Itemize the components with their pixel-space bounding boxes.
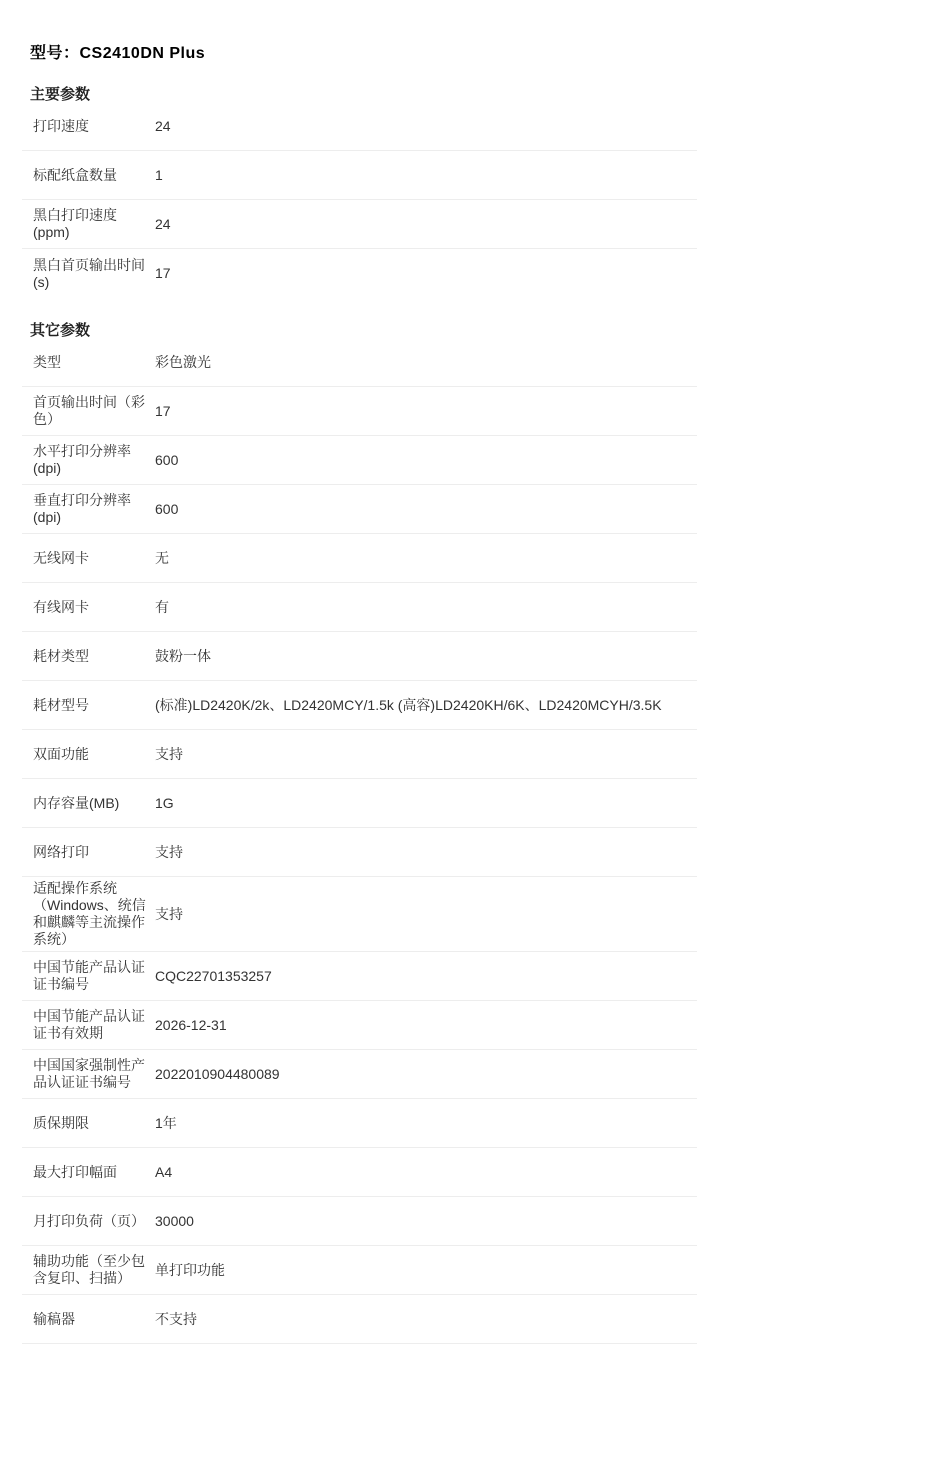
spec-label: 月打印负荷（页） (33, 1213, 155, 1230)
spec-row: 双面功能支持 (22, 730, 697, 779)
spec-value: 有 (155, 599, 686, 616)
spec-value: 支持 (155, 746, 686, 763)
spec-label: 类型 (33, 354, 155, 371)
spec-label: 黑白首页输出时间(s) (33, 257, 155, 291)
spec-row: 有线网卡有 (22, 583, 697, 632)
spec-row: 黑白打印速度(ppm)24 (22, 200, 697, 249)
spec-label: 中国国家强制性产品认证证书编号 (33, 1057, 155, 1091)
spec-row: 输稿器不支持 (22, 1295, 697, 1344)
spec-row: 首页输出时间（彩色）17 (22, 387, 697, 436)
spec-value: 17 (155, 403, 686, 420)
spec-sections: 主要参数打印速度24标配纸盒数量1黑白打印速度(ppm)24黑白首页输出时间(s… (22, 88, 940, 1344)
spec-row: 耗材型号(标准)LD2420K/2k、LD2420MCY/1.5k (高容)LD… (22, 681, 697, 730)
spec-row: 无线网卡无 (22, 534, 697, 583)
spec-value: 24 (155, 216, 686, 233)
spec-label: 垂直打印分辨率(dpi) (33, 492, 155, 526)
spec-value: 支持 (155, 844, 686, 861)
spec-value: 不支持 (155, 1311, 686, 1328)
spec-row: 适配操作系统（Windows、统信和麒麟等主流操作系统）支持 (22, 877, 697, 952)
spec-value: 1 (155, 167, 686, 184)
spec-row: 内存容量(MB)1G (22, 779, 697, 828)
spec-row: 中国国家强制性产品认证证书编号2022010904480089 (22, 1050, 697, 1099)
spec-value: 无 (155, 550, 686, 567)
spec-value: 单打印功能 (155, 1262, 686, 1279)
spec-row: 标配纸盒数量1 (22, 151, 697, 200)
spec-value: 2022010904480089 (155, 1066, 686, 1083)
spec-row: 耗材类型鼓粉一体 (22, 632, 697, 681)
section-heading: 其它参数 (30, 324, 940, 338)
spec-label: 耗材型号 (33, 697, 155, 714)
spec-label: 打印速度 (33, 118, 155, 135)
spec-label: 辅助功能（至少包含复印、扫描） (33, 1253, 155, 1287)
spec-label: 首页输出时间（彩色） (33, 394, 155, 428)
spec-value: A4 (155, 1164, 686, 1181)
spec-row: 网络打印支持 (22, 828, 697, 877)
spec-row: 黑白首页输出时间(s)17 (22, 249, 697, 298)
spec-value: 彩色激光 (155, 354, 686, 371)
spec-label: 有线网卡 (33, 599, 155, 616)
spec-value: CQC22701353257 (155, 968, 686, 985)
spec-section: 其它参数类型彩色激光首页输出时间（彩色）17水平打印分辨率(dpi)600垂直打… (22, 324, 940, 1344)
spec-row: 打印速度24 (22, 102, 697, 151)
spec-row: 质保期限1年 (22, 1099, 697, 1148)
spec-value: (标准)LD2420K/2k、LD2420MCY/1.5k (高容)LD2420… (155, 697, 686, 714)
spec-value: 1年 (155, 1115, 686, 1132)
spec-label: 水平打印分辨率(dpi) (33, 443, 155, 477)
spec-label: 中国节能产品认证证书编号 (33, 959, 155, 993)
spec-table: 打印速度24标配纸盒数量1黑白打印速度(ppm)24黑白首页输出时间(s)17 (22, 102, 697, 298)
spec-table: 类型彩色激光首页输出时间（彩色）17水平打印分辨率(dpi)600垂直打印分辨率… (22, 338, 697, 1344)
product-spec-page: 型号：CS2410DN Plus 主要参数打印速度24标配纸盒数量1黑白打印速度… (0, 0, 940, 1344)
spec-value: 1G (155, 795, 686, 812)
spec-row: 中国节能产品认证证书编号CQC22701353257 (22, 952, 697, 1001)
spec-label: 适配操作系统（Windows、统信和麒麟等主流操作系统） (33, 880, 155, 948)
spec-label: 质保期限 (33, 1115, 155, 1132)
spec-label: 最大打印幅面 (33, 1164, 155, 1181)
page-title: 型号：CS2410DN Plus (30, 46, 940, 62)
spec-row: 中国节能产品认证证书有效期2026-12-31 (22, 1001, 697, 1050)
spec-label: 输稿器 (33, 1311, 155, 1328)
spec-row: 辅助功能（至少包含复印、扫描）单打印功能 (22, 1246, 697, 1295)
spec-row: 水平打印分辨率(dpi)600 (22, 436, 697, 485)
spec-label: 中国节能产品认证证书有效期 (33, 1008, 155, 1042)
spec-row: 月打印负荷（页）30000 (22, 1197, 697, 1246)
spec-label: 网络打印 (33, 844, 155, 861)
spec-value: 17 (155, 265, 686, 282)
spec-value: 30000 (155, 1213, 686, 1230)
spec-label: 耗材类型 (33, 648, 155, 665)
spec-label: 内存容量(MB) (33, 795, 155, 812)
spec-label: 无线网卡 (33, 550, 155, 567)
spec-value: 鼓粉一体 (155, 648, 686, 665)
section-heading: 主要参数 (30, 88, 940, 102)
spec-label: 标配纸盒数量 (33, 167, 155, 184)
spec-row: 最大打印幅面A4 (22, 1148, 697, 1197)
spec-value: 支持 (155, 906, 686, 923)
spec-value: 2026-12-31 (155, 1017, 686, 1034)
spec-row: 类型彩色激光 (22, 338, 697, 387)
spec-section: 主要参数打印速度24标配纸盒数量1黑白打印速度(ppm)24黑白首页输出时间(s… (22, 88, 940, 298)
spec-value: 24 (155, 118, 686, 135)
spec-label: 黑白打印速度(ppm) (33, 207, 155, 241)
spec-value: 600 (155, 501, 686, 518)
spec-value: 600 (155, 452, 686, 469)
spec-label: 双面功能 (33, 746, 155, 763)
spec-row: 垂直打印分辨率(dpi)600 (22, 485, 697, 534)
